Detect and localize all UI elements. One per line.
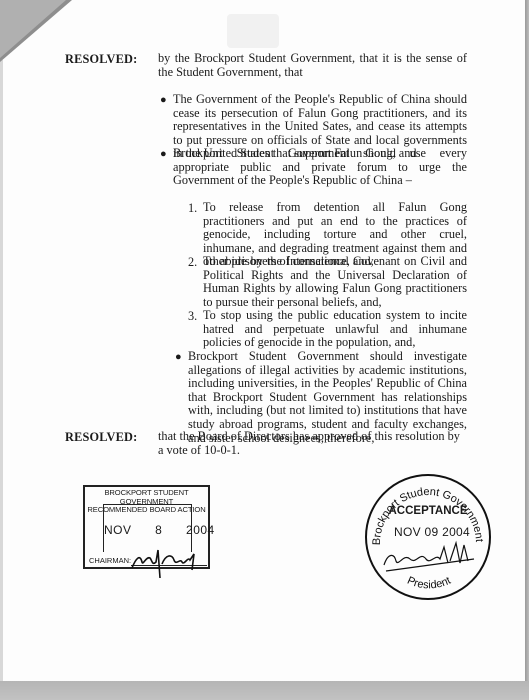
numbered-item-3: To stop using the public education syste…: [203, 309, 467, 350]
svg-text:President: President: [405, 575, 452, 592]
bleed-through-footer: [0, 620, 529, 630]
list-number-2: 2.: [188, 255, 197, 270]
bullet-icon: ●: [160, 148, 167, 160]
bleed-through-logo: [227, 14, 279, 48]
resolved-vote: that the Board of Directors has approved…: [158, 430, 467, 457]
chairman-signature-icon: [130, 540, 210, 580]
numbered-item-2: To abide by the International Covenant o…: [203, 255, 467, 309]
page-edge-right: [525, 0, 529, 700]
folded-corner-shade: [0, 0, 66, 58]
chairman-label: CHAIRMAN:: [89, 556, 131, 565]
acceptance-date: NOV 09 2004: [382, 525, 482, 539]
acceptance-title: ACCEPTANCE: [364, 505, 492, 517]
resolved-label-2: RESOLVED:: [65, 430, 137, 445]
resolved-intro: by the Brockport Student Government, tha…: [158, 52, 467, 79]
list-number-1: 1.: [188, 201, 197, 216]
page-edge-left: [0, 60, 3, 681]
stamp-date: NOV 8 2004: [104, 523, 191, 537]
acceptance-stamp: Brockport Student Government. President …: [364, 473, 492, 601]
resolved-label-1: RESOLVED:: [65, 52, 137, 67]
bullet-icon: ●: [175, 351, 182, 363]
bullet-item-2: Brockport Student Government should use …: [173, 147, 467, 188]
scanner-bed-bottom: [0, 681, 529, 700]
list-number-3: 3.: [188, 309, 197, 324]
bullet-icon: ●: [160, 94, 167, 106]
